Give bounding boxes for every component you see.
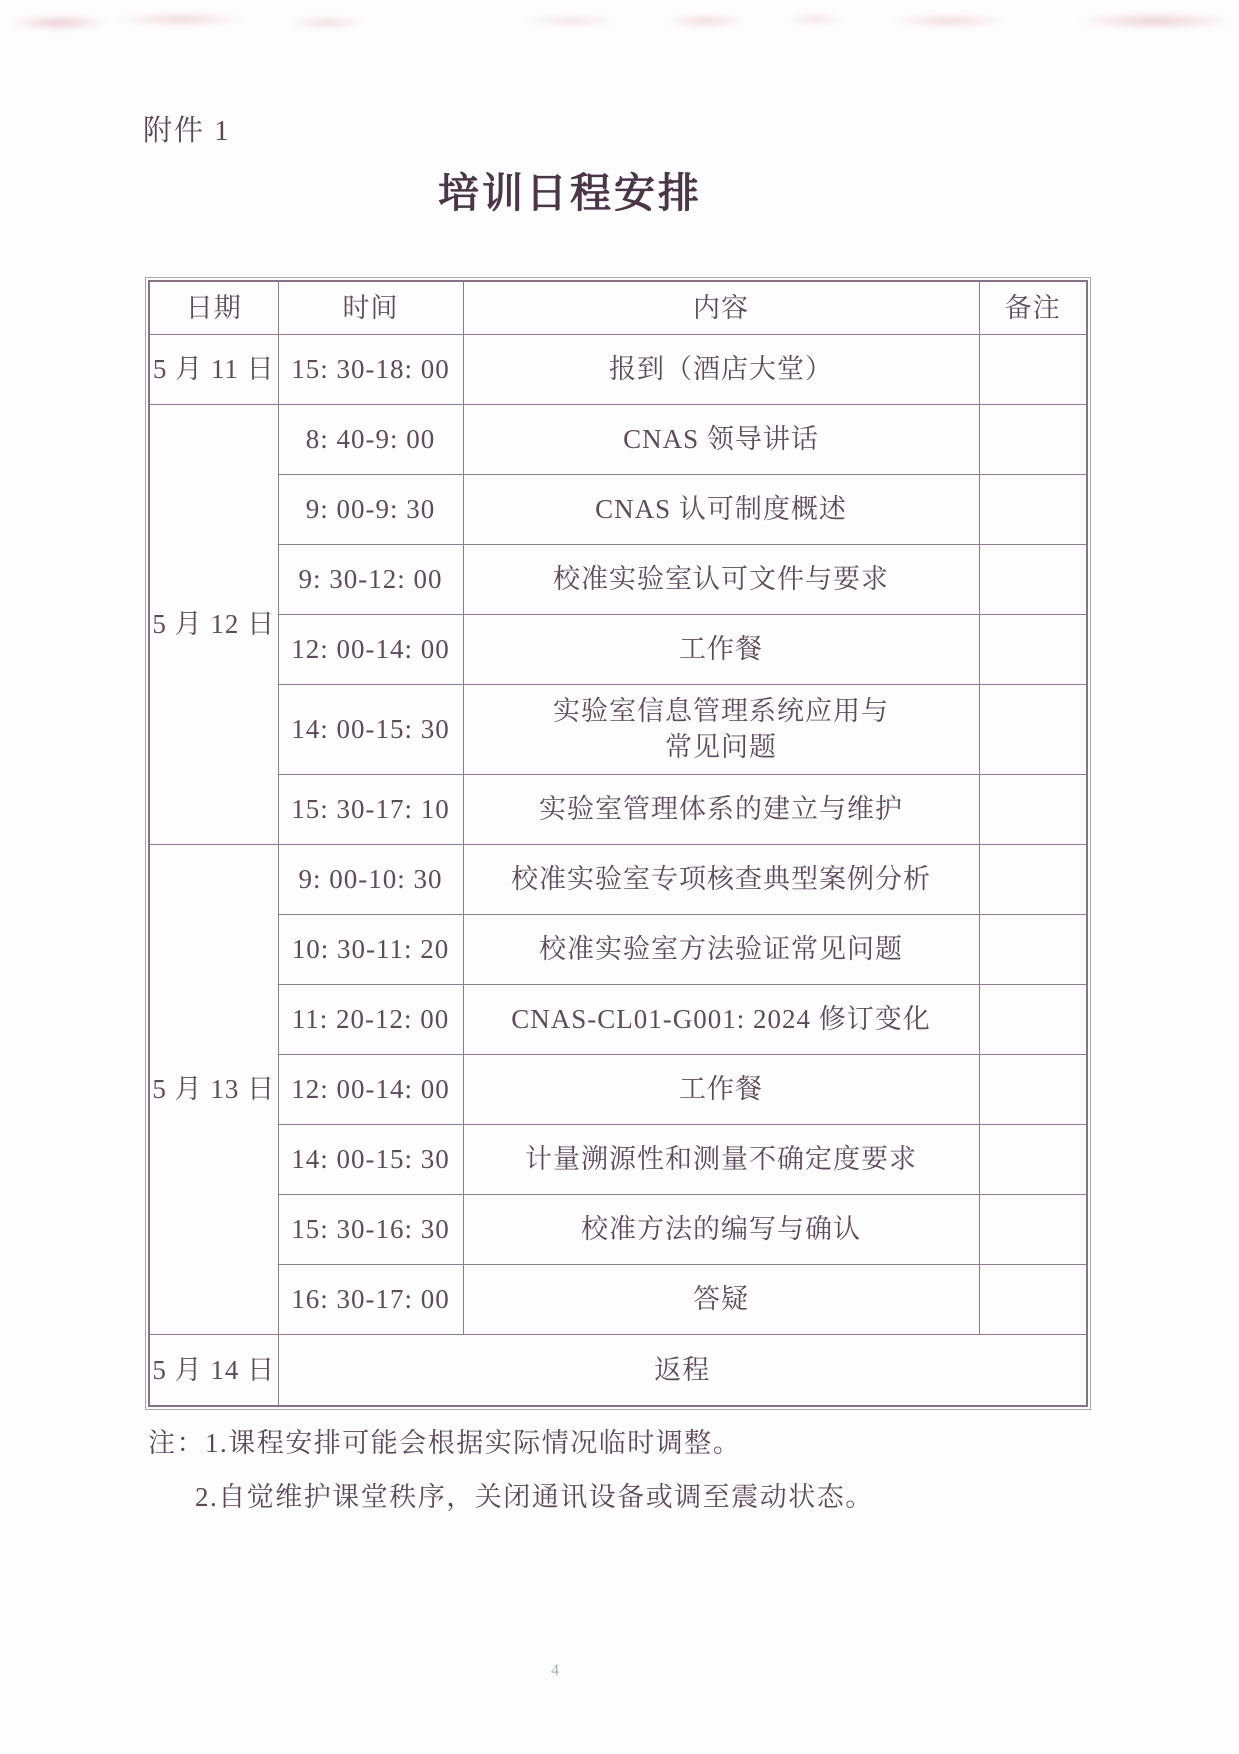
table-row: 5 月 12 日 8: 40-9: 00 CNAS 领导讲话 xyxy=(149,404,1087,474)
page-title: 培训日程安排 xyxy=(0,160,1140,219)
time-cell: 16: 30-17: 00 xyxy=(278,1264,463,1334)
time-cell: 15: 30-18: 00 xyxy=(278,334,463,404)
attachment-label: 附件 1 xyxy=(143,108,231,149)
header-row: 日期 时间 内容 备注 xyxy=(149,281,1087,334)
time-cell: 11: 20-12: 00 xyxy=(278,984,463,1054)
content-cell: 工作餐 xyxy=(463,1054,979,1124)
scanned-document-page: 附件 1 培训日程安排 日期 时间 内容 备注 5 月 11 日 15: 30-… xyxy=(0,0,1239,1754)
col-header-date: 日期 xyxy=(149,281,278,334)
remark-cell xyxy=(979,914,1087,984)
time-cell: 15: 30-17: 10 xyxy=(278,774,463,844)
time-cell: 8: 40-9: 00 xyxy=(278,404,463,474)
table-row: 12: 00-14: 00 工作餐 xyxy=(149,614,1087,684)
remark-cell xyxy=(979,984,1087,1054)
content-cell: 校准实验室认可文件与要求 xyxy=(463,544,979,614)
col-header-remark: 备注 xyxy=(979,281,1087,334)
remark-cell xyxy=(979,334,1087,404)
letterhead-red-smear-artifact xyxy=(10,4,1229,38)
content-cell: 校准方法的编写与确认 xyxy=(463,1194,979,1264)
content-cell: 校准实验室方法验证常见问题 xyxy=(463,914,979,984)
table-row: 16: 30-17: 00 答疑 xyxy=(149,1264,1087,1334)
date-cell: 5 月 11 日 xyxy=(149,334,278,404)
footnotes: 注：1.课程安排可能会根据实际情况临时调整。 2.自觉维护课堂秩序，关闭通讯设备… xyxy=(148,1424,874,1517)
content-cell: CNAS 认可制度概述 xyxy=(463,474,979,544)
remark-cell xyxy=(979,1194,1087,1264)
time-cell: 14: 00-15: 30 xyxy=(278,684,463,774)
remark-cell xyxy=(979,614,1087,684)
table-row: 15: 30-17: 10 实验室管理体系的建立与维护 xyxy=(149,774,1087,844)
content-cell: 实验室管理体系的建立与维护 xyxy=(463,774,979,844)
content-cell: 校准实验室专项核查典型案例分析 xyxy=(463,844,979,914)
date-cell: 5 月 13 日 xyxy=(149,844,278,1334)
remark-cell xyxy=(979,844,1087,914)
remark-cell xyxy=(979,404,1087,474)
table-row: 15: 30-16: 30 校准方法的编写与确认 xyxy=(149,1194,1087,1264)
table-row: 14: 00-15: 30 实验室信息管理系统应用与 常见问题 xyxy=(149,684,1087,774)
table-row: 14: 00-15: 30 计量溯源性和测量不确定度要求 xyxy=(149,1124,1087,1194)
table-row: 5 月 14 日 返程 xyxy=(149,1334,1087,1406)
note-line: 注：1.课程安排可能会根据实际情况临时调整。 xyxy=(148,1424,874,1463)
remark-cell xyxy=(979,1054,1087,1124)
table-row: 9: 00-9: 30 CNAS 认可制度概述 xyxy=(149,474,1087,544)
content-cell: CNAS 领导讲话 xyxy=(463,404,979,474)
table-row: 9: 30-12: 00 校准实验室认可文件与要求 xyxy=(149,544,1087,614)
table-row: 5 月 11 日 15: 30-18: 00 报到（酒店大堂） xyxy=(149,334,1087,404)
content-cell: 报到（酒店大堂） xyxy=(463,334,979,404)
remark-cell xyxy=(979,474,1087,544)
remark-cell xyxy=(979,1264,1087,1334)
time-cell: 9: 00-9: 30 xyxy=(278,474,463,544)
content-cell: 计量溯源性和测量不确定度要求 xyxy=(463,1124,979,1194)
time-cell: 15: 30-16: 30 xyxy=(278,1194,463,1264)
col-header-time: 时间 xyxy=(278,281,463,334)
content-cell: 返程 xyxy=(278,1334,1087,1406)
remark-cell xyxy=(979,774,1087,844)
training-schedule-table: 日期 时间 内容 备注 5 月 11 日 15: 30-18: 00 报到（酒店… xyxy=(148,280,1088,1407)
note-line: 2.自觉维护课堂秩序，关闭通讯设备或调至震动状态。 xyxy=(195,1478,874,1517)
time-cell: 9: 30-12: 00 xyxy=(278,544,463,614)
time-cell: 9: 00-10: 30 xyxy=(278,844,463,914)
time-cell: 10: 30-11: 20 xyxy=(278,914,463,984)
time-cell: 14: 00-15: 30 xyxy=(278,1124,463,1194)
time-cell: 12: 00-14: 00 xyxy=(278,614,463,684)
table-row: 5 月 13 日 9: 00-10: 30 校准实验室专项核查典型案例分析 xyxy=(149,844,1087,914)
content-cell: 答疑 xyxy=(463,1264,979,1334)
page-number: 4 xyxy=(0,1662,1110,1680)
content-cell: 实验室信息管理系统应用与 常见问题 xyxy=(463,684,979,774)
table-row: 10: 30-11: 20 校准实验室方法验证常见问题 xyxy=(149,914,1087,984)
time-cell: 12: 00-14: 00 xyxy=(278,1054,463,1124)
remark-cell xyxy=(979,544,1087,614)
content-cell: CNAS-CL01-G001: 2024 修订变化 xyxy=(463,984,979,1054)
content-cell: 工作餐 xyxy=(463,614,979,684)
remark-cell xyxy=(979,1124,1087,1194)
remark-cell xyxy=(979,684,1087,774)
date-cell: 5 月 12 日 xyxy=(149,404,278,844)
table-row: 11: 20-12: 00 CNAS-CL01-G001: 2024 修订变化 xyxy=(149,984,1087,1054)
col-header-content: 内容 xyxy=(463,281,979,334)
date-cell: 5 月 14 日 xyxy=(149,1334,278,1406)
table-row: 12: 00-14: 00 工作餐 xyxy=(149,1054,1087,1124)
